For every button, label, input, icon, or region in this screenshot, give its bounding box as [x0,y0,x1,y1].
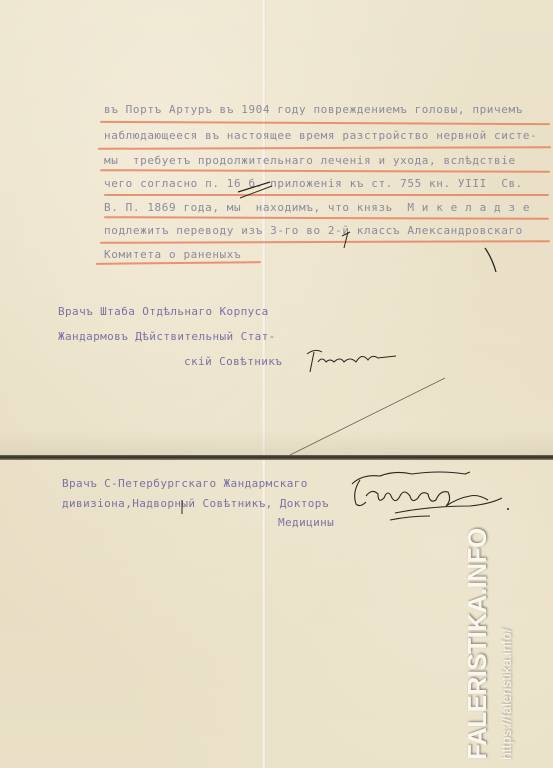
watermark-title: FALERISTIKA.INFO [462,528,493,760]
watermark-url: https://faleristika.info/ [498,628,514,760]
watermark: FALERISTIKA.INFO https://faleristika.inf… [462,528,493,760]
signature-grinev [307,350,396,372]
signature-geipak [352,472,502,520]
